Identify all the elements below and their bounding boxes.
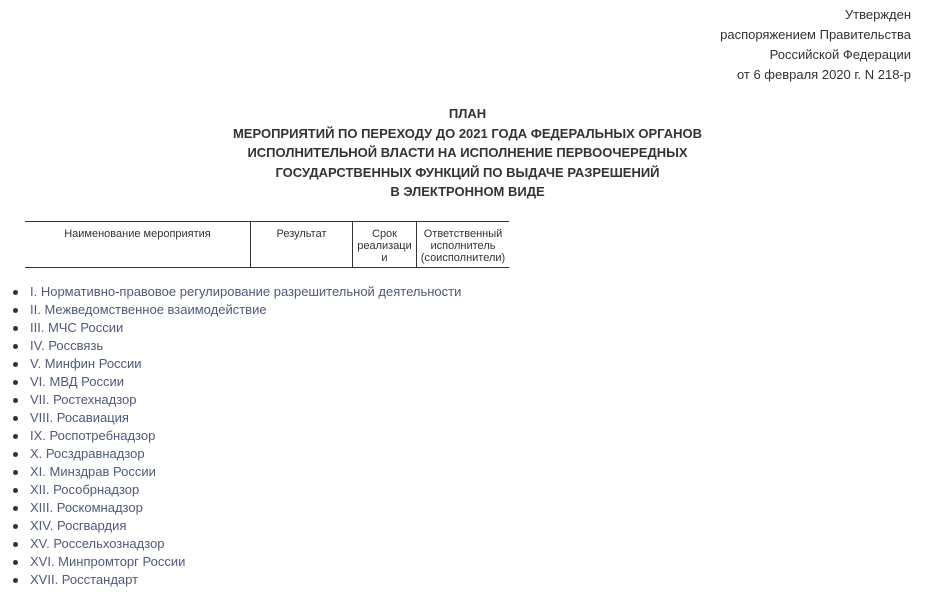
column-header-deadline: Срок реализаци и (353, 222, 417, 268)
bullet-icon (13, 434, 18, 439)
plan-table: Наименование мероприятия Результат Срок … (25, 221, 509, 268)
header-text: и (356, 252, 413, 264)
section-link-label[interactable]: XIII. Роскомнадзор (30, 500, 143, 515)
section-link-label[interactable]: XII. Рособрнадзор (30, 482, 139, 497)
header-text: реализаци (356, 240, 413, 252)
approval-line: от 6 февраля 2020 г. N 218-р (720, 65, 911, 85)
bullet-icon (13, 470, 18, 475)
bullet-icon (13, 560, 18, 565)
approval-line: Российской Федерации (720, 45, 911, 65)
section-link-label[interactable]: X. Росздравнадзор (30, 446, 145, 461)
table-header-row: Наименование мероприятия Результат Срок … (25, 222, 509, 268)
section-link-label[interactable]: XI. Минздрав России (30, 464, 156, 479)
section-link[interactable]: VII. Ростехнадзор (30, 391, 461, 409)
title-line: МЕРОПРИЯТИЙ ПО ПЕРЕХОДУ ДО 2021 ГОДА ФЕД… (0, 124, 925, 144)
section-link-label[interactable]: IV. Россвязь (30, 338, 103, 353)
approval-line: Утвержден (720, 5, 911, 25)
approval-block: Утвержден распоряжением Правительства Ро… (720, 5, 911, 85)
title-line: ПЛАН (0, 104, 925, 124)
section-link-label[interactable]: XIV. Росгвардия (30, 518, 126, 533)
header-text: исполнитель (420, 240, 506, 252)
document-title: ПЛАН МЕРОПРИЯТИЙ ПО ПЕРЕХОДУ ДО 2021 ГОД… (0, 104, 925, 202)
section-link[interactable]: XVII. Росстандарт (30, 571, 461, 589)
section-link-label[interactable]: I. Нормативно-правовое регулирование раз… (30, 284, 461, 299)
bullet-icon (13, 290, 18, 295)
section-link-label[interactable]: VI. МВД России (30, 374, 124, 389)
section-link-label[interactable]: II. Межведомственное взаимодействие (30, 302, 267, 317)
section-link[interactable]: VI. МВД России (30, 373, 461, 391)
bullet-icon (13, 308, 18, 313)
bullet-icon (13, 452, 18, 457)
section-link-label[interactable]: V. Минфин России (30, 356, 142, 371)
section-link[interactable]: III. МЧС России (30, 319, 461, 337)
section-link[interactable]: X. Росздравнадзор (30, 445, 461, 463)
bullet-icon (13, 380, 18, 385)
section-link-label[interactable]: IX. Роспотребнадзор (30, 428, 155, 443)
section-link[interactable]: V. Минфин России (30, 355, 461, 373)
bullet-icon (13, 344, 18, 349)
header-text: Наименование мероприятия (28, 228, 247, 240)
bullet-icon (13, 506, 18, 511)
section-link-label[interactable]: III. МЧС России (30, 320, 123, 335)
section-link[interactable]: IX. Роспотребнадзор (30, 427, 461, 445)
section-link-label[interactable]: VII. Ростехнадзор (30, 392, 136, 407)
section-link[interactable]: XI. Минздрав России (30, 463, 461, 481)
approval-line: распоряжением Правительства (720, 25, 911, 45)
section-link[interactable]: VIII. Росавиация (30, 409, 461, 427)
bullet-icon (13, 578, 18, 583)
bullet-icon (13, 542, 18, 547)
bullet-icon (13, 416, 18, 421)
section-link[interactable]: XV. Россельхознадзор (30, 535, 461, 553)
section-link[interactable]: IV. Россвязь (30, 337, 461, 355)
section-link[interactable]: XVI. Минпромторг России (30, 553, 461, 571)
column-header-name: Наименование мероприятия (25, 222, 251, 268)
section-link-label[interactable]: XVII. Росстандарт (30, 572, 138, 587)
section-link[interactable]: I. Нормативно-правовое регулирование раз… (30, 283, 461, 301)
section-link[interactable]: XII. Рособрнадзор (30, 481, 461, 499)
section-link-label[interactable]: XV. Россельхознадзор (30, 536, 165, 551)
title-line: ИСПОЛНИТЕЛЬНОЙ ВЛАСТИ НА ИСПОЛНЕНИЕ ПЕРВ… (0, 143, 925, 163)
section-link[interactable]: XIII. Роскомнадзор (30, 499, 461, 517)
title-line: ГОСУДАРСТВЕННЫХ ФУНКЦИЙ ПО ВЫДАЧЕ РАЗРЕШ… (0, 163, 925, 183)
sections-list: I. Нормативно-правовое регулирование раз… (0, 283, 461, 589)
bullet-icon (13, 524, 18, 529)
column-header-result: Результат (251, 222, 353, 268)
bullet-icon (13, 488, 18, 493)
bullet-icon (13, 326, 18, 331)
section-link-label[interactable]: XVI. Минпромторг России (30, 554, 185, 569)
column-header-responsible: Ответственный исполнитель (соисполнители… (417, 222, 510, 268)
title-line: В ЭЛЕКТРОННОМ ВИДЕ (0, 182, 925, 202)
header-text: (соисполнители) (420, 252, 506, 264)
section-link[interactable]: II. Межведомственное взаимодействие (30, 301, 461, 319)
bullet-icon (13, 362, 18, 367)
header-text: Ответственный (420, 228, 506, 240)
header-text: Результат (254, 228, 349, 240)
section-link[interactable]: XIV. Росгвардия (30, 517, 461, 535)
section-link-label[interactable]: VIII. Росавиация (30, 410, 129, 425)
header-text: Срок (356, 228, 413, 240)
bullet-icon (13, 398, 18, 403)
